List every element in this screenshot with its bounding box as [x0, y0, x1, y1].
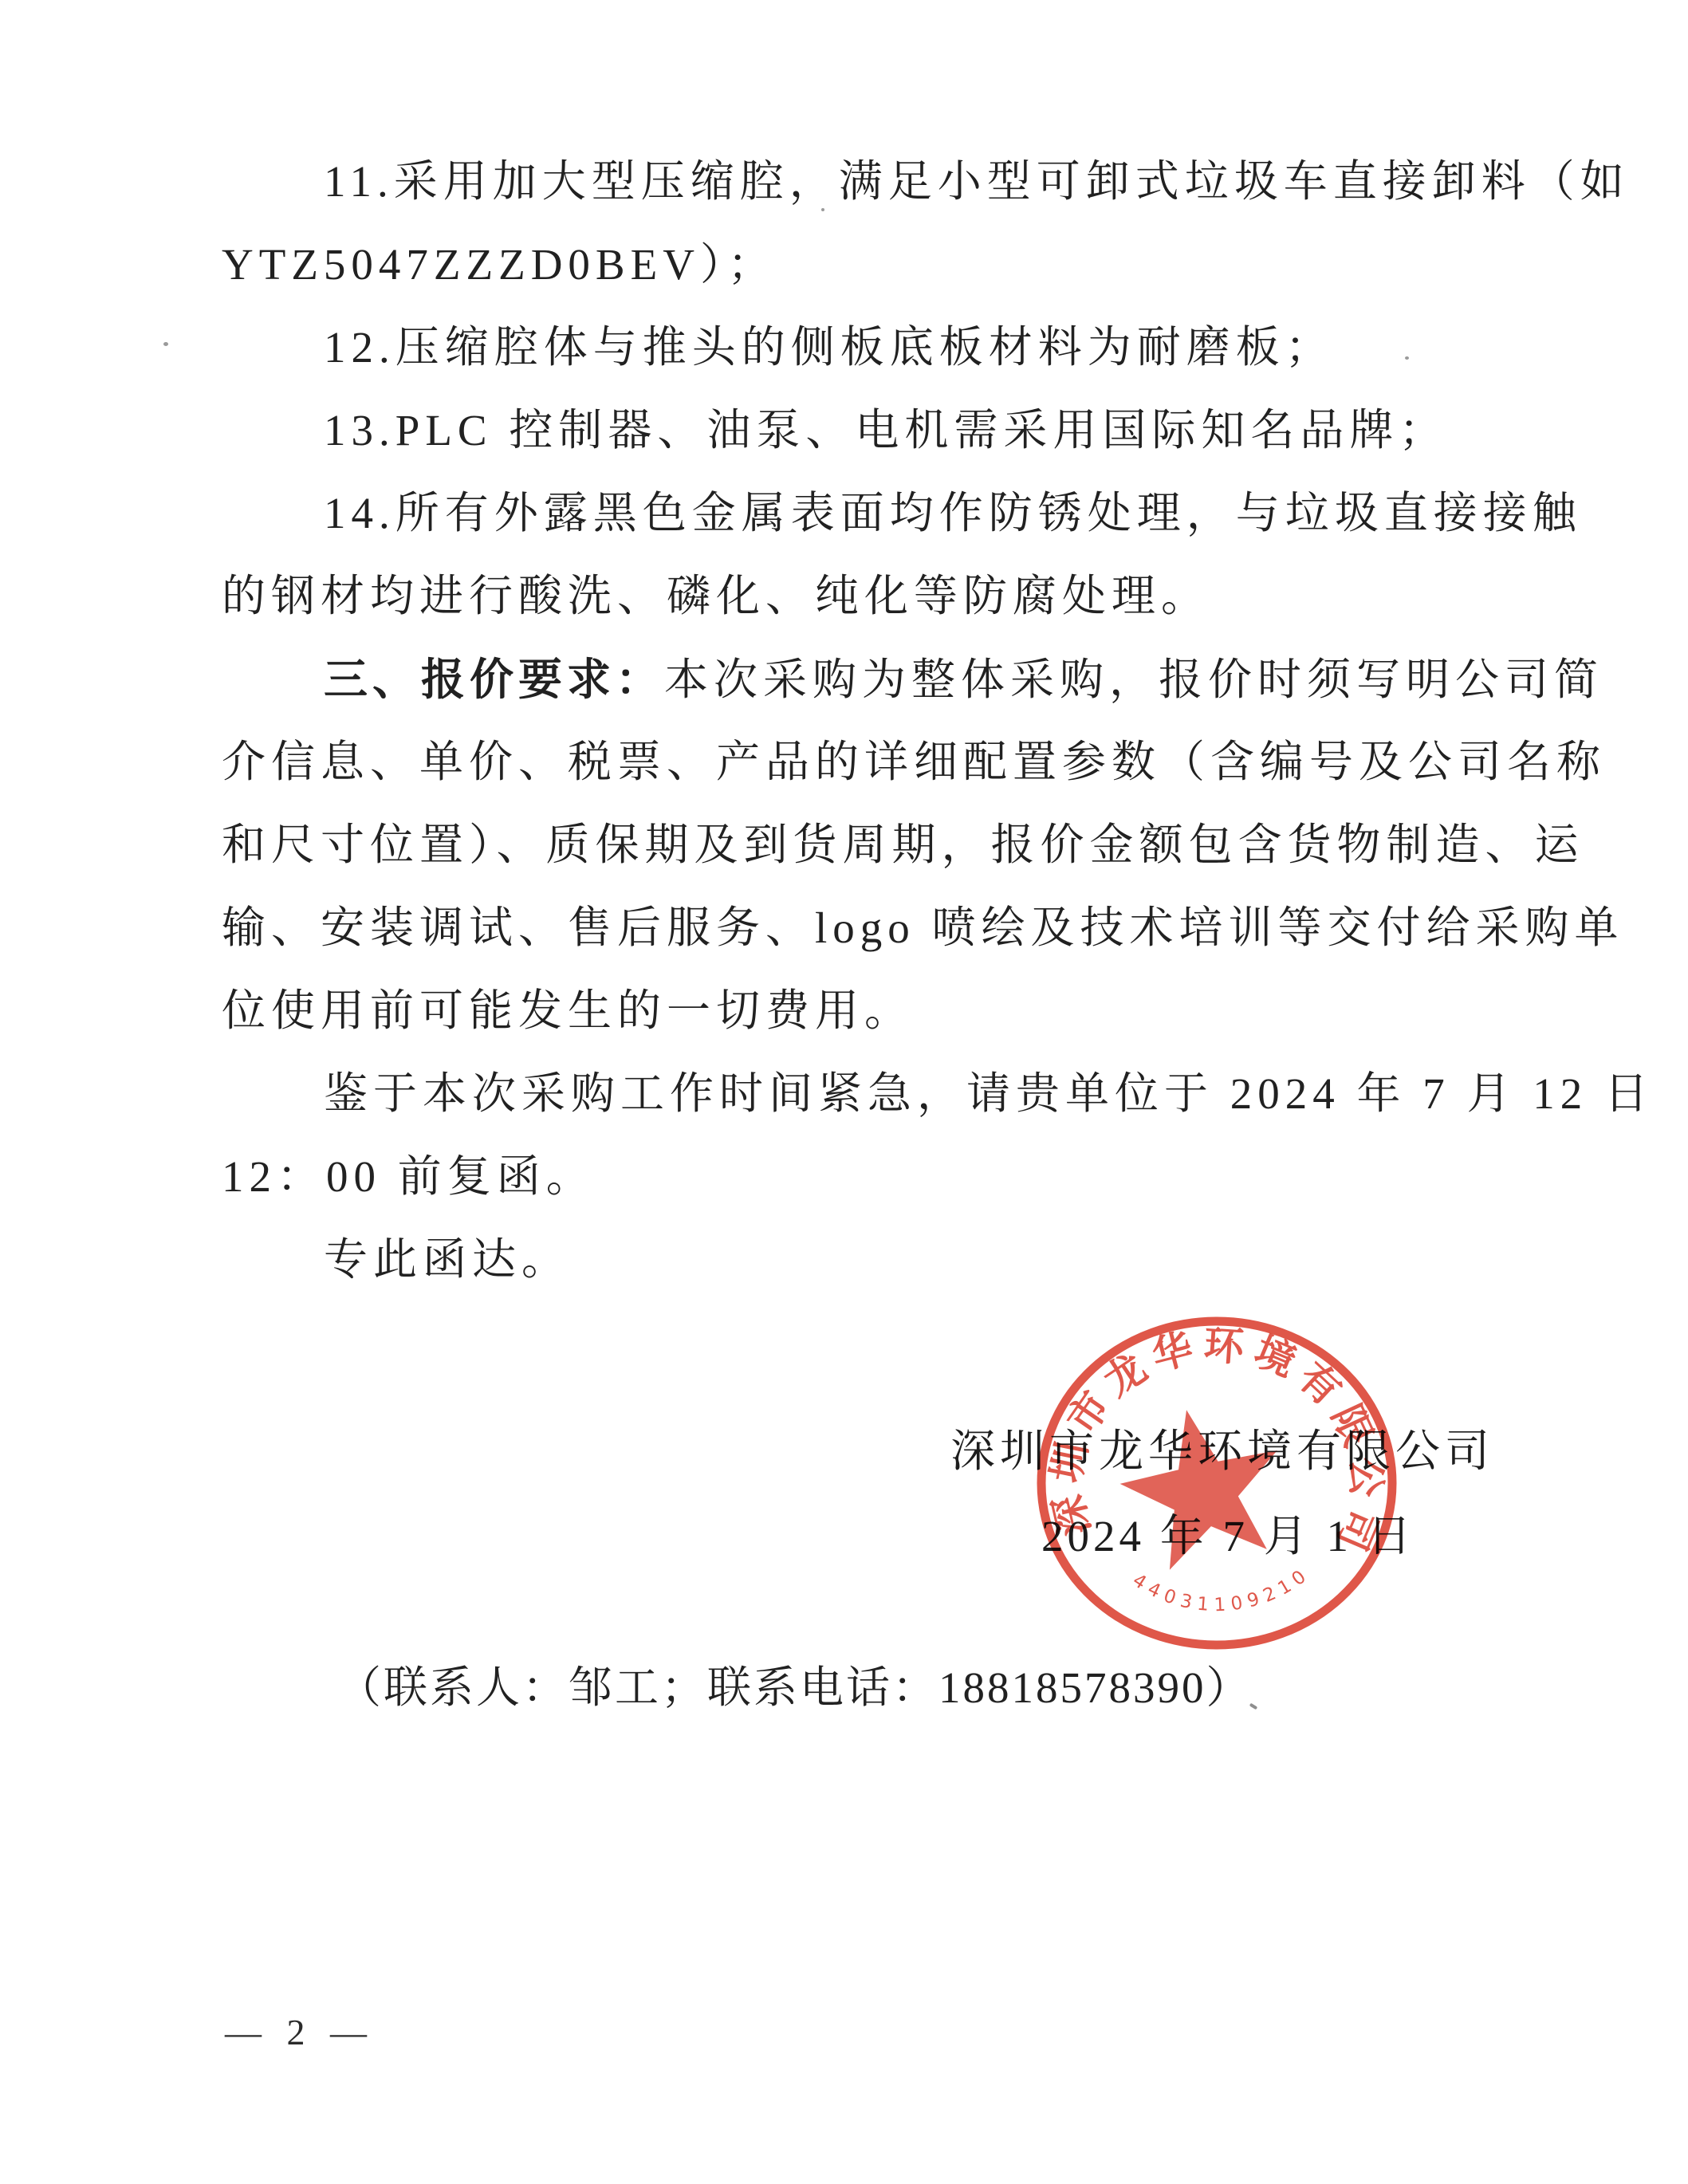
body-line-quote-header: 三、报价要求：本次采购为整体采购，报价时须写明公司简	[222, 638, 1564, 721]
scanned-letter-page: 11.采用加大型压缩腔，满足小型可卸式垃圾车直接卸料（如 YTZ5047ZZZD…	[0, 0, 1688, 2184]
body-line: 的钢材均进行酸洗、磷化、纯化等防腐处理。	[222, 555, 1564, 638]
body-line: 12：00 前复函。	[222, 1135, 1564, 1218]
body-line: YTZ5047ZZZD0BEV）；	[222, 223, 1564, 306]
body-line: 专此函达。	[222, 1218, 1564, 1301]
page-number: — 2 —	[225, 2011, 375, 2053]
seal-star	[1120, 1410, 1277, 1570]
letter-body: 11.采用加大型压缩腔，满足小型可卸式垃圾车直接卸料（如 YTZ5047ZZZD…	[222, 140, 1564, 1301]
body-line: 11.采用加大型压缩腔，满足小型可卸式垃圾车直接卸料（如	[222, 140, 1564, 223]
body-line: 13.PLC 控制器、油泵、电机需采用国际知名品牌；	[222, 389, 1564, 472]
company-seal: 深圳市龙华环境有限公司 4403110921006	[1035, 1316, 1399, 1651]
section-heading: 三、报价要求：	[324, 655, 664, 704]
body-line: 和尺寸位置）、质保期及到货周期，报价金额包含货物制造、运	[222, 804, 1564, 887]
scan-speck	[821, 208, 824, 211]
body-line: 输、安装调试、售后服务、logo 喷绘及技术培训等交付给采购单	[222, 887, 1564, 970]
scan-speck	[163, 342, 168, 346]
scan-speck	[1405, 356, 1409, 360]
body-line: 介信息、单价、税票、产品的详细配置参数（含编号及公司名称	[222, 721, 1564, 804]
body-line: 14.所有外露黑色金属表面均作防锈处理，与垃圾直接接触	[222, 472, 1564, 555]
body-line: 位使用前可能发生的一切费用。	[222, 970, 1564, 1053]
body-line: 12.压缩腔体与推头的侧板底板材料为耐磨板；	[222, 306, 1564, 389]
section-heading-rest: 本次采购为整体采购，报价时须写明公司简	[664, 655, 1603, 704]
contact-line: （联系人：邹工；联系电话：18818578390）	[337, 1652, 1253, 1715]
body-line: 鉴于本次采购工作时间紧急，请贵单位于 2024 年 7 月 12 日	[222, 1053, 1564, 1135]
